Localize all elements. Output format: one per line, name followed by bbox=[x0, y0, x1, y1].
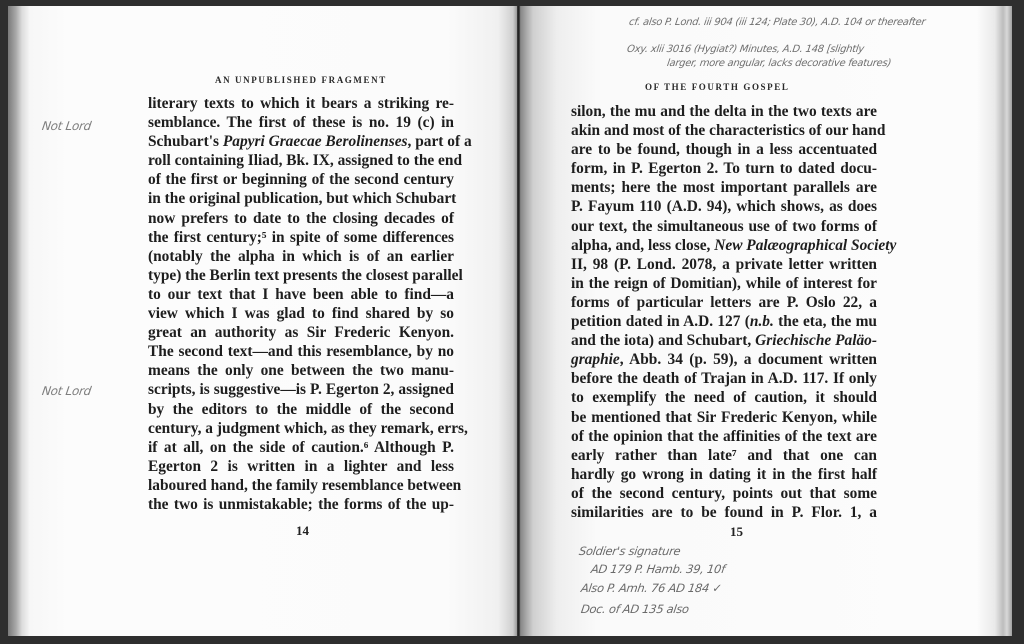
text-line: forms of particular letters are P. Oslo … bbox=[571, 293, 877, 312]
text-line: great an authority as Sir Frederic Kenyo… bbox=[148, 323, 454, 342]
text-line: Egerton 2 is written in a lighter and le… bbox=[148, 457, 454, 476]
bottom-note-1: Soldier's signature bbox=[578, 544, 681, 558]
text-line: of the second century, points out that s… bbox=[571, 484, 877, 503]
text-line: scripts, is suggestive—is P. Egerton 2, … bbox=[148, 380, 454, 399]
right-page: cf. also P. Lond. iii 904 (iii 124; Plat… bbox=[517, 6, 1012, 636]
text-line: form, in P. Egerton 2. To turn to dated … bbox=[571, 159, 877, 178]
text-line: are to be found, though in a less accent… bbox=[571, 140, 877, 159]
text-line: graphie, Abb. 34 (p. 59), a document wri… bbox=[571, 350, 877, 369]
text-line: alpha, and, less close, New Palæographic… bbox=[571, 236, 877, 255]
text-line: ments; here the most important parallels… bbox=[571, 178, 877, 197]
text-line: the two is unmistakable; the forms of th… bbox=[148, 495, 454, 514]
text-line: silon, the mu and the delta in the two t… bbox=[571, 102, 877, 121]
running-head-right: OF THE FOURTH GOSPEL bbox=[645, 82, 789, 92]
text-line: view which I was glad to find shared by … bbox=[148, 304, 454, 323]
top-note-1: cf. also P. Lond. iii 904 (iii 124; Plat… bbox=[628, 17, 926, 28]
text-line: century, a judgment which, as they remar… bbox=[148, 419, 454, 438]
text-line: now prefers to date to the closing decad… bbox=[148, 209, 454, 228]
text-line: literary texts to which it bears a strik… bbox=[148, 94, 454, 113]
margin-note-2: Not Lord bbox=[41, 384, 92, 398]
text-line: II, 98 (P. Lond. 2078, a private letter … bbox=[571, 255, 877, 274]
text-line: in the original publication, but which S… bbox=[148, 189, 454, 208]
book-gutter bbox=[517, 6, 520, 636]
text-line: semblance. The first of these is no. 19 … bbox=[148, 113, 454, 132]
text-line: akin and most of the characteristics of … bbox=[571, 121, 877, 140]
text-line: type) the Berlin text presents the close… bbox=[148, 266, 454, 285]
text-line: (notably the alpha in which is of an ear… bbox=[148, 247, 454, 266]
text-line: by the editors to the middle of the seco… bbox=[148, 400, 454, 419]
text-line: and the iota) and Schubart, Griechische … bbox=[571, 331, 877, 350]
text-line: means the only one between the two manu- bbox=[148, 361, 454, 380]
running-head-left: AN UNPUBLISHED FRAGMENT bbox=[215, 75, 387, 85]
text-line: roll containing Iliad, Bk. IX, assigned … bbox=[148, 151, 454, 170]
text-line: petition dated in A.D. 127 (n.b. the eta… bbox=[571, 312, 877, 331]
text-line: to our text that I have been able to fin… bbox=[148, 285, 454, 304]
text-line: in the reign of Domitian), while of inte… bbox=[571, 274, 877, 293]
text-line: of the first or beginning of the second … bbox=[148, 170, 454, 189]
bottom-note-4: Doc. of AD 135 also bbox=[580, 602, 690, 616]
top-note-3: larger, more angular, lacks decorative f… bbox=[666, 58, 891, 69]
text-line: be mentioned that Sir Frederic Kenyon, w… bbox=[571, 408, 877, 427]
text-line: before the death of Trajan in A.D. 117. … bbox=[571, 369, 877, 388]
text-line: Schubart's Papyri Graecae Berolinenses, … bbox=[148, 132, 454, 151]
text-line: hardly go wrong in dating it in the firs… bbox=[571, 465, 877, 484]
page-number-left: 14 bbox=[296, 523, 309, 539]
left-page-body: literary texts to which it bears a strik… bbox=[148, 94, 454, 514]
left-page: AN UNPUBLISHED FRAGMENT Not Lord Not Lor… bbox=[8, 6, 517, 636]
page-number-right: 15 bbox=[730, 524, 743, 540]
text-line: laboured hand, the family resemblance be… bbox=[148, 476, 454, 495]
text-line: The second text—and this resemblance, by… bbox=[148, 342, 454, 361]
text-line: similarities are to be found in P. Flor.… bbox=[571, 503, 877, 522]
text-line: if at all, on the side of caution.⁶ Alth… bbox=[148, 438, 454, 457]
text-line: the first century;⁵ in spite of some dif… bbox=[148, 228, 454, 247]
right-page-body: silon, the mu and the delta in the two t… bbox=[571, 102, 877, 522]
text-line: of the opinion that the affinities of th… bbox=[571, 427, 877, 446]
text-line: early rather than late⁷ and that one can bbox=[571, 446, 877, 465]
text-line: to exemplify the need of caution, it sho… bbox=[571, 388, 877, 407]
top-note-2: Oxy. xlii 3016 (Hygiat?) Minutes, A.D. 1… bbox=[626, 44, 864, 55]
bottom-note-3: Also P. Amh. 76 AD 184 ✓ bbox=[580, 581, 723, 595]
bottom-note-2: AD 179 P. Hamb. 39, 10f bbox=[590, 562, 726, 576]
book-spread: AN UNPUBLISHED FRAGMENT Not Lord Not Lor… bbox=[8, 6, 1012, 636]
text-line: our text, the simultaneous use of two fo… bbox=[571, 217, 877, 236]
text-line: P. Fayum 110 (A.D. 94), which shows, as … bbox=[571, 197, 877, 216]
margin-note-1: Not Lord bbox=[41, 119, 92, 133]
